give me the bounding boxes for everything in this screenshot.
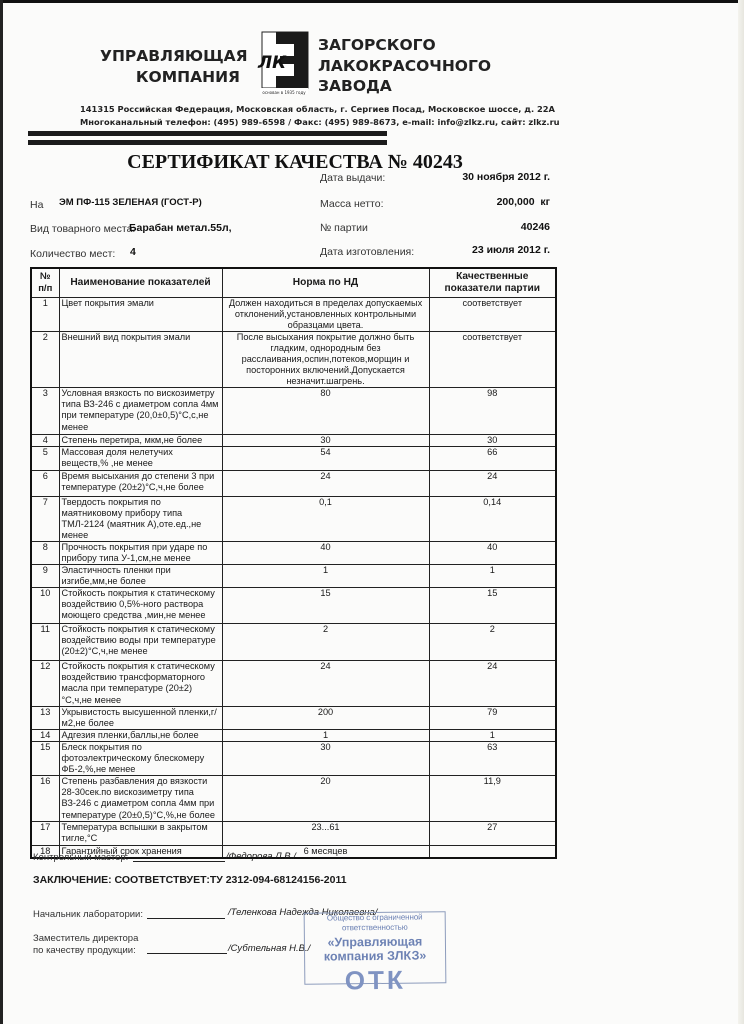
norm-value: 30 bbox=[222, 741, 429, 775]
company-line: КОМПАНИЯ bbox=[100, 67, 240, 88]
company-line: ЗАГОРСКОГО bbox=[318, 35, 491, 56]
svg-text:основан в 1935 году: основан в 1935 году bbox=[262, 90, 306, 95]
row-number: 7 bbox=[31, 496, 59, 541]
company-line: ЗАВОДА bbox=[318, 76, 491, 97]
lkz-logo-icon: ЛК основан в 1935 году bbox=[254, 30, 310, 98]
indicator-name: Твердость покрытия по маятниковому прибо… bbox=[59, 496, 222, 541]
row-number: 13 bbox=[31, 706, 59, 729]
indicator-name: Адгезия пленки,баллы,не более bbox=[59, 729, 222, 741]
table-row: 16Степень разбавления до вязкости 28-30с… bbox=[31, 776, 556, 821]
conclusion: ЗАКЛЮЧЕНИЕ: СООТВЕТСТВУЕТ:ТУ 2312-094-68… bbox=[33, 874, 347, 886]
indicator-name: Время высыхания до степени 3 при темпера… bbox=[59, 470, 222, 496]
indicator-name: Степень разбавления до вязкости 28-30сек… bbox=[59, 776, 222, 821]
batch-value: 63 bbox=[429, 741, 556, 775]
table-row: 14Адгезия пленки,баллы,не более11 bbox=[31, 729, 556, 741]
row-number: 12 bbox=[31, 661, 59, 706]
norm-value: 0,1 bbox=[222, 496, 429, 541]
table-row: 17Температура вспышки в закрытом тигле,°… bbox=[31, 821, 556, 845]
deputy-name: /Субтельная Н.В./ bbox=[228, 943, 310, 954]
row-number: 1 bbox=[31, 297, 59, 331]
count-value: 4 bbox=[130, 246, 136, 258]
package-label: Вид товарного места: bbox=[30, 223, 135, 235]
norm-value: 54 bbox=[222, 447, 429, 470]
norm-value: 1 bbox=[222, 729, 429, 741]
norm-value: 2 bbox=[222, 624, 429, 661]
controller-signature-line bbox=[133, 861, 225, 862]
indicator-name: Прочность покрытия при ударе по прибору … bbox=[59, 541, 222, 564]
count-label: Количество мест: bbox=[30, 248, 115, 260]
indicator-name: Блеск покрытия по фотоэлектрическому бле… bbox=[59, 741, 222, 775]
manufacture-date-value: 23 июля 2012 г. bbox=[350, 244, 550, 256]
batch-value: 1 bbox=[429, 565, 556, 588]
norm-value: Должен находиться в пределах допускаемых… bbox=[222, 297, 429, 331]
norm-value: 30 bbox=[222, 435, 429, 447]
company-logo: ЛК основан в 1935 году bbox=[254, 30, 310, 98]
lab-head-label: Начальник лаборатории: bbox=[33, 909, 143, 920]
company-line: ЛАКОКРАСОЧНОГО bbox=[318, 56, 491, 77]
row-number: 8 bbox=[31, 541, 59, 564]
row-number: 2 bbox=[31, 331, 59, 387]
batch-value: 30 bbox=[429, 435, 556, 447]
norm-value: 24 bbox=[222, 661, 429, 706]
net-mass-value: 200,000 кг bbox=[350, 196, 550, 208]
norm-value: 80 bbox=[222, 388, 429, 435]
norm-value: 23...61 bbox=[222, 821, 429, 845]
batch-value: 1 bbox=[429, 729, 556, 741]
indicator-name: Внешний вид покрытия эмали bbox=[59, 331, 222, 387]
table-row: 13Укрывистость высушенной пленки,г/м2,не… bbox=[31, 706, 556, 729]
svg-text:ЛК: ЛК bbox=[257, 53, 287, 73]
quality-indicators-table: № п/п Наименование показателей Норма по … bbox=[30, 267, 557, 859]
row-number: 3 bbox=[31, 388, 59, 435]
indicator-name: Стойкость покрытия к статическому воздей… bbox=[59, 661, 222, 706]
row-number: 6 bbox=[31, 470, 59, 496]
batch-value: 66 bbox=[429, 447, 556, 470]
row-number: 10 bbox=[31, 588, 59, 624]
indicator-name: Степень перетира, мкм,не более bbox=[59, 435, 222, 447]
header-divider-bar bbox=[28, 140, 387, 145]
deputy-label-line: по качеству продукции: bbox=[33, 945, 138, 957]
column-header-number: № п/п bbox=[31, 268, 59, 297]
table-row: 7Твердость покрытия по маятниковому приб… bbox=[31, 496, 556, 541]
column-header-name: Наименование показателей bbox=[59, 268, 222, 297]
otk-stamp: Общество с ограниченной ответственностью… bbox=[304, 911, 447, 984]
row-number: 4 bbox=[31, 435, 59, 447]
company-address: 141315 Российская Федерация, Московская … bbox=[80, 103, 560, 116]
norm-value: 15 bbox=[222, 588, 429, 624]
row-number: 16 bbox=[31, 776, 59, 821]
indicator-name: Цвет покрытия эмали bbox=[59, 297, 222, 331]
row-number: 5 bbox=[31, 447, 59, 470]
lab-head-signature-line bbox=[147, 918, 225, 919]
norm-value: 200 bbox=[222, 706, 429, 729]
company-address-block: 141315 Российская Федерация, Московская … bbox=[80, 103, 560, 129]
batch-value: 2 bbox=[429, 624, 556, 661]
table-row: 15Блеск покрытия по фотоэлектрическому б… bbox=[31, 741, 556, 775]
batch-value: 40246 bbox=[350, 221, 550, 233]
product-name: ЭМ ПФ-115 ЗЕЛЕНАЯ (ГОСТ-Р) bbox=[59, 197, 202, 208]
batch-value: 15 bbox=[429, 588, 556, 624]
company-name-left: УПРАВЛЯЮЩАЯ КОМПАНИЯ bbox=[100, 46, 240, 88]
stamp-line: Общество с ограниченной ответственностью bbox=[305, 912, 445, 933]
norm-value: После высыхания покрытие должно быть гла… bbox=[222, 331, 429, 387]
indicator-name: Температура вспышки в закрытом тигле,°С bbox=[59, 821, 222, 845]
stamp-line: «Управляющая компания ЗЛКЗ» bbox=[305, 934, 445, 963]
indicator-name: Стойкость покрытия к статическому воздей… bbox=[59, 588, 222, 624]
deputy-label-line: Заместитель директора bbox=[33, 933, 138, 945]
for-label: На bbox=[30, 199, 43, 211]
batch-value: соответствует bbox=[429, 297, 556, 331]
norm-value: 20 bbox=[222, 776, 429, 821]
batch-value: 24 bbox=[429, 661, 556, 706]
batch-value: 24 bbox=[429, 470, 556, 496]
indicator-name: Укрывистость высушенной пленки,г/м2,не б… bbox=[59, 706, 222, 729]
deputy-signature-line bbox=[147, 953, 227, 954]
batch-value bbox=[429, 845, 556, 858]
row-number: 9 bbox=[31, 565, 59, 588]
batch-value: 27 bbox=[429, 821, 556, 845]
table-row: 8Прочность покрытия при ударе по прибору… bbox=[31, 541, 556, 564]
batch-value: 79 bbox=[429, 706, 556, 729]
table-row: 1Цвет покрытия эмалиДолжен находиться в … bbox=[31, 297, 556, 331]
company-line: УПРАВЛЯЮЩАЯ bbox=[100, 46, 240, 67]
table-row: 12Стойкость покрытия к статическому возд… bbox=[31, 661, 556, 706]
batch-value: 98 bbox=[429, 388, 556, 435]
norm-value: 1 bbox=[222, 565, 429, 588]
indicator-name: Эластичность пленки при изгибе,мм,не бол… bbox=[59, 565, 222, 588]
header-divider-bar bbox=[28, 131, 387, 136]
batch-value: 0,14 bbox=[429, 496, 556, 541]
row-number: 15 bbox=[31, 741, 59, 775]
company-contacts: Многоканальный телефон: (495) 989-6598 /… bbox=[80, 116, 560, 129]
table-header-row: № п/п Наименование показателей Норма по … bbox=[31, 268, 556, 297]
controller-name: /Федорова Л.В./ bbox=[226, 851, 296, 862]
indicator-name: Стойкость покрытия к статическому воздей… bbox=[59, 624, 222, 661]
company-name-right: ЗАГОРСКОГО ЛАКОКРАСОЧНОГО ЗАВОДА bbox=[318, 35, 491, 97]
batch-value: соответствует bbox=[429, 331, 556, 387]
table-row: 10Стойкость покрытия к статическому возд… bbox=[31, 588, 556, 624]
controller-label: Контрольный мастер: bbox=[33, 852, 128, 863]
package-value: Барабан метал.55л, bbox=[129, 222, 232, 234]
norm-value: 40 bbox=[222, 541, 429, 564]
row-number: 14 bbox=[31, 729, 59, 741]
stamp-otk: ОТК bbox=[305, 965, 445, 994]
issue-date-value: 30 ноября 2012 г. bbox=[350, 171, 550, 183]
batch-value: 40 bbox=[429, 541, 556, 564]
row-number: 17 bbox=[31, 821, 59, 845]
table-row: 2Внешний вид покрытия эмалиПосле высыхан… bbox=[31, 331, 556, 387]
table-row: 9Эластичность пленки при изгибе,мм,не бо… bbox=[31, 565, 556, 588]
norm-value: 24 bbox=[222, 470, 429, 496]
scan-top-edge bbox=[0, 0, 744, 3]
table-row: 3Условная вязкость по вискозиметру типа … bbox=[31, 388, 556, 435]
row-number: 11 bbox=[31, 624, 59, 661]
table-row: 6Время высыхания до степени 3 при темпер… bbox=[31, 470, 556, 496]
scan-right-edge bbox=[738, 0, 744, 1024]
table-row: 11Стойкость покрытия к статическому возд… bbox=[31, 624, 556, 661]
column-header-value: Качественные показатели партии bbox=[429, 268, 556, 297]
indicator-name: Массовая доля нелетучих веществ,% ,не ме… bbox=[59, 447, 222, 470]
column-header-norm: Норма по НД bbox=[222, 268, 429, 297]
deputy-label: Заместитель директора по качеству продук… bbox=[33, 933, 138, 957]
batch-value: 11,9 bbox=[429, 776, 556, 821]
table-row: 5Массовая доля нелетучих веществ,% ,не м… bbox=[31, 447, 556, 470]
table-row: 4Степень перетира, мкм,не более3030 bbox=[31, 435, 556, 447]
indicator-name: Условная вязкость по вискозиметру типа В… bbox=[59, 388, 222, 435]
